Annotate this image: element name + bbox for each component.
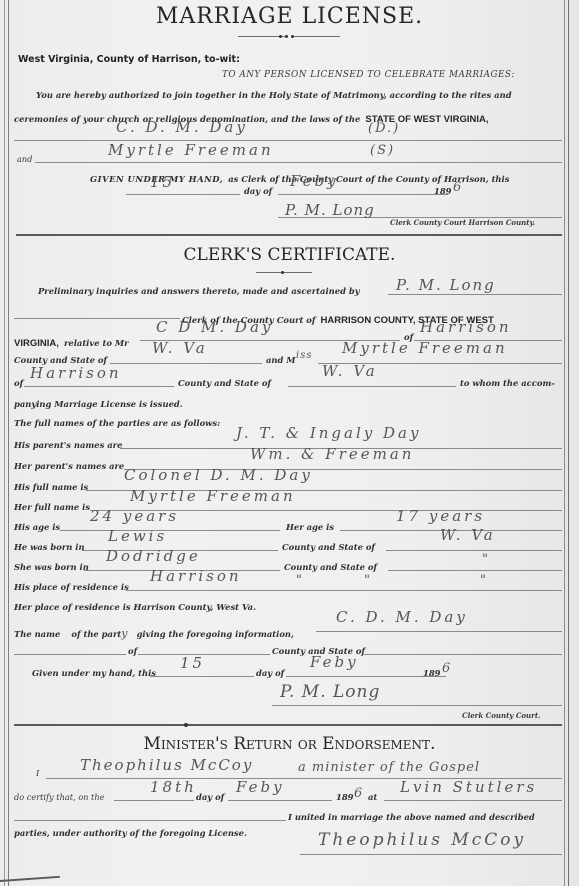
parties-label: parties, under authority of the foregoin… — [14, 828, 247, 838]
bride-mark: (S) — [370, 143, 395, 158]
minister-day-of-label: day of — [196, 792, 224, 802]
preliminary-label: Preliminary inquiries and answers theret… — [38, 286, 360, 296]
field-label-her-full-name: Her full name is — [14, 502, 90, 512]
his-full-name-value: Colonel D. M. Day — [124, 466, 313, 484]
title-ornament-dot — [285, 35, 288, 38]
virginia-caps: VIRGINIA, — [14, 338, 59, 349]
section-divider-2 — [14, 724, 562, 726]
his-age-line — [60, 530, 280, 531]
given-year-prefix: 189 — [423, 668, 440, 678]
he-born: Lewis — [108, 527, 167, 545]
his-residence-ditto-3: " — [480, 573, 488, 588]
she-born: Dodridge — [106, 547, 201, 565]
miss-of-label: of — [14, 378, 23, 388]
and-miss-label: and M — [266, 355, 296, 365]
her-residence-label: Her place of residence is Harrison Count… — [14, 602, 256, 612]
certify-label: do certify that, on the — [14, 792, 104, 802]
minister-place: Lvin Stutlers — [400, 778, 537, 796]
party-label-c: giving the foregoing information, — [137, 629, 294, 639]
mr-name: C D M. Day — [156, 318, 273, 336]
full-names-label: The full names of the parties are as fol… — [14, 418, 220, 428]
and-label: and — [17, 154, 32, 164]
miss-state-line — [288, 386, 456, 387]
groom-line — [14, 140, 562, 141]
party-handwritten-y: y — [121, 627, 127, 640]
his-residence-line — [126, 590, 562, 591]
groom-name-handwritten: C. D. M. Day — [116, 118, 248, 136]
minister-place-line — [384, 800, 562, 801]
field-label-her-parents: Her parent's names are — [14, 461, 124, 471]
license-day-line — [126, 194, 240, 195]
minister-day-line — [114, 800, 194, 801]
title-ornament-dot — [279, 35, 282, 38]
mr-state: W. Va — [152, 339, 208, 357]
his-residence-label: His place of residence is — [14, 582, 129, 592]
bride-line — [35, 162, 562, 163]
certificate-clerk-signature: P. M. Long — [280, 682, 380, 702]
relative-label: relative to Mr — [64, 338, 129, 348]
certificate-ornament-dot — [281, 271, 284, 274]
party-label-a: The name — [14, 629, 60, 639]
miss-handwritten: iss — [296, 350, 312, 361]
miss-name: Myrtle Freeman — [342, 339, 508, 357]
minister-name: Theophilus McCoy — [80, 756, 253, 774]
he-state-line — [386, 550, 562, 551]
mr-county: Harrison — [420, 318, 512, 336]
section-divider — [16, 234, 562, 236]
his-residence-ditto-2: " — [364, 573, 372, 588]
minister-title: Minister's Return or Endorsement. — [0, 734, 579, 754]
given-month: Feby — [310, 653, 359, 671]
divider-ornament-dot — [184, 723, 188, 727]
minister-month: Feby — [236, 778, 285, 796]
panying-label: panying Marriage License is issued. — [14, 399, 183, 409]
minister-month-line — [228, 800, 332, 801]
minister-at-label: at — [368, 792, 377, 802]
party-info-text: The name of the party giving the foregoi… — [14, 622, 294, 641]
given-year-suffix: 6 — [442, 661, 452, 676]
authorization-text-2: ceremonies of your church or religious d… — [14, 107, 489, 126]
party-label-b: of the part — [71, 629, 121, 639]
license-title: MARRIAGE LICENSE. — [0, 4, 579, 29]
miss-state: W. Va — [322, 362, 378, 380]
certificate-clerk-title: Clerk County Court. — [462, 711, 541, 720]
license-day: 15 — [150, 173, 175, 191]
her-age: 17 years — [396, 507, 485, 525]
given-day: 15 — [180, 654, 205, 672]
he-state: W. Va — [440, 526, 496, 544]
her-age-label: Her age is — [286, 522, 334, 532]
she-state: " — [482, 552, 490, 567]
given-day-line — [150, 676, 254, 677]
ascertained-by-line — [388, 294, 562, 295]
his-parents-value: J. T. & Ingaly Day — [236, 424, 421, 442]
certificate-ornament — [256, 272, 312, 273]
informant-line — [316, 631, 562, 632]
united-label: I united in marriage the above named and… — [288, 812, 535, 822]
informant-state-line — [364, 654, 562, 655]
certificate-signature-line — [272, 705, 562, 706]
her-full-name-value: Myrtle Freeman — [130, 487, 296, 505]
she-state-line — [388, 570, 562, 571]
informant-pre-line — [14, 654, 126, 655]
miss-county-line — [24, 386, 174, 387]
given-month-line — [286, 676, 446, 677]
address-line: TO ANY PERSON LICENSED TO CELEBRATE MARR… — [222, 70, 515, 80]
license-year-prefix: 189 — [434, 186, 451, 196]
his-age: 24 years — [90, 507, 179, 525]
she-born-label: She was born in — [14, 562, 89, 572]
marriage-license-document: MARRIAGE LICENSE. West Virginia, County … — [0, 0, 579, 886]
minister-day: 18th — [150, 778, 197, 796]
clerk-title: Clerk County Court Harrison County. — [390, 218, 535, 227]
field-label-his-full-name: His full name is — [14, 482, 88, 492]
authorization-text-1: You are hereby authorized to join togeth… — [36, 90, 512, 100]
ascertained-by: P. M. Long — [396, 276, 496, 294]
her-parents-value: Wm. & Freeman — [250, 445, 414, 463]
license-month: Feby — [290, 172, 339, 190]
minister-signature: Theophilus McCoy — [318, 830, 526, 850]
minister-year-suffix: 6 — [354, 786, 364, 801]
title-ornament-right — [292, 36, 340, 37]
miss-county: Harrison — [30, 364, 122, 382]
to-whom-label: to whom the accom- — [460, 378, 555, 388]
virginia-relative-text: VIRGINIA, relative to Mr — [14, 331, 129, 350]
informant-of-label: of — [128, 646, 137, 656]
bride-name-handwritten: Myrtle Freeman — [108, 141, 274, 159]
she-county-state-label: County and State of — [284, 562, 377, 572]
minister-year-prefix: 189 — [336, 792, 353, 802]
informant-name: C. D. M. Day — [336, 608, 468, 626]
county-state-label-2: County and State of — [178, 378, 271, 388]
clerk-signature: P. M. Long — [285, 201, 375, 219]
he-county-state-label: County and State of — [282, 542, 375, 552]
license-year-suffix: 6 — [453, 180, 463, 195]
minister-signature-line — [300, 854, 562, 855]
his-age-label: His age is — [14, 522, 60, 532]
given-under-hand-rest: as Clerk of the County Court of the Coun… — [228, 174, 509, 184]
he-born-label: He was born in — [14, 542, 85, 552]
license-day-of-label: day of — [244, 186, 272, 196]
his-residence-ditto-1: " — [296, 573, 304, 588]
his-residence: Harrison — [150, 567, 242, 585]
minister-role: a minister of the Gospel — [298, 760, 480, 775]
groom-mark: (D.) — [368, 121, 400, 136]
united-pre-line — [14, 820, 286, 821]
license-month-line — [278, 194, 448, 195]
state-county-heading: West Virginia, County of Harrison, to-wi… — [18, 54, 240, 65]
given-day-of-label: day of — [256, 668, 284, 678]
certificate-title: CLERK'S CERTIFICATE. — [0, 245, 579, 265]
field-label-his-parents: His parent's names are — [14, 440, 122, 450]
given-label: Given under my hand, this — [32, 668, 156, 678]
minister-i-label: I — [36, 768, 39, 778]
title-ornament-dot — [291, 35, 294, 38]
mr-state-line — [110, 363, 262, 364]
